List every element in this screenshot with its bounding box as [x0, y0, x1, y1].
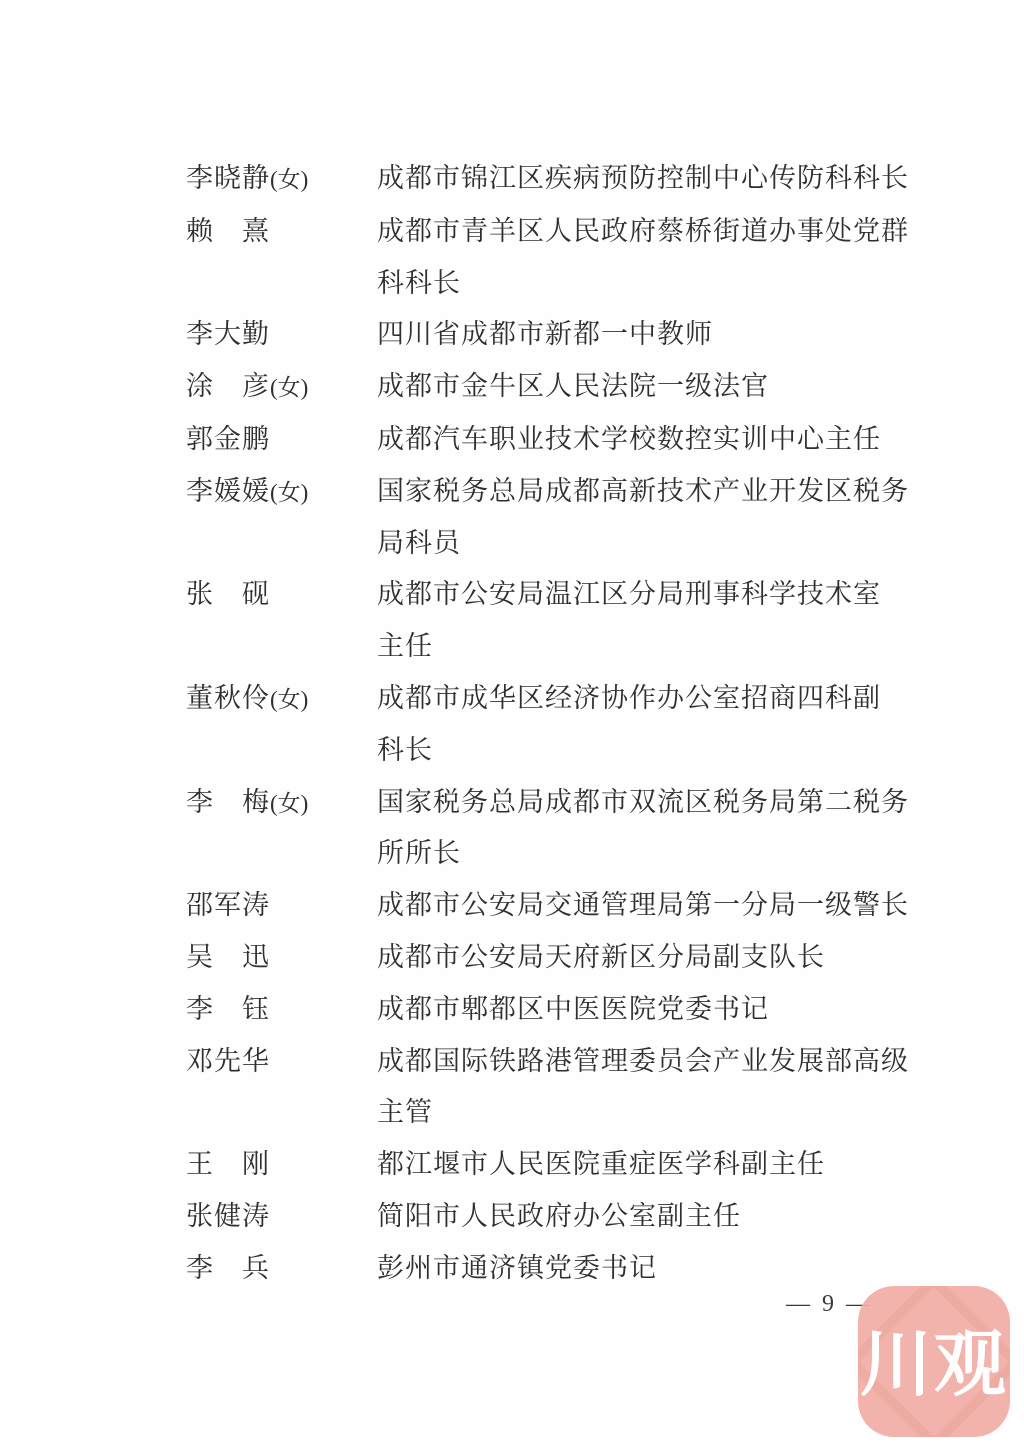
gender-note: (女) — [270, 375, 308, 400]
chuanguan-watermark-logo: 川观 — [858, 1286, 1010, 1437]
roster: 李晓静(女)成都市锦江区疾病预防控制中心传防科科长赖 熹成都市青羊区人民政府蔡桥… — [186, 153, 909, 1295]
person-name: 董秋伶(女) — [186, 673, 377, 726]
person-title: 彭州市通济镇党委书记 — [377, 1243, 657, 1295]
person-title: 国家税务总局成都市双流区税务局第二税务 所所长 — [377, 777, 909, 881]
gender-note: (女) — [270, 167, 308, 192]
roster-row: 董秋伶(女)成都市成华区经济协作办公室招商四科副 科长 — [186, 673, 909, 777]
person-title: 成都市金牛区人民法院一级法官 — [377, 361, 769, 413]
watermark-text: 川观 — [858, 1328, 1010, 1400]
roster-row: 张 砚成都市公安局温江区分局刑事科学技术室 主任 — [186, 569, 909, 673]
person-title: 成都市公安局天府新区分局副支队长 — [377, 932, 825, 984]
person-name: 李媛媛(女) — [186, 466, 377, 519]
person-title: 成都市公安局温江区分局刑事科学技术室 主任 — [377, 569, 881, 673]
person-title: 成都市锦江区疾病预防控制中心传防科科长 — [377, 153, 909, 205]
person-name: 涂 彦(女) — [186, 361, 377, 414]
person-title: 成都市青羊区人民政府蔡桥街道办事处党群 科科长 — [377, 206, 909, 310]
person-name: 郭金鹏 — [186, 414, 377, 466]
person-name: 邓先华 — [186, 1036, 377, 1088]
person-title: 成都市郫都区中医医院党委书记 — [377, 984, 769, 1036]
person-name: 张 砚 — [186, 569, 377, 621]
roster-row: 李 梅(女)国家税务总局成都市双流区税务局第二税务 所所长 — [186, 777, 909, 881]
roster-row: 李媛媛(女)国家税务总局成都高新技术产业开发区税务 局科员 — [186, 466, 909, 570]
person-name: 邵军涛 — [186, 880, 377, 932]
person-title: 成都汽车职业技术学校数控实训中心主任 — [377, 414, 881, 466]
person-name: 赖 熹 — [186, 206, 377, 258]
gender-note: (女) — [270, 791, 308, 816]
roster-row: 赖 熹成都市青羊区人民政府蔡桥街道办事处党群 科科长 — [186, 206, 909, 310]
person-title: 成都国际铁路港管理委员会产业发展部高级 主管 — [377, 1036, 909, 1140]
person-title: 都江堰市人民医院重症医学科副主任 — [377, 1139, 825, 1191]
roster-row: 李 钰成都市郫都区中医医院党委书记 — [186, 984, 909, 1036]
person-title: 简阳市人民政府办公室副主任 — [377, 1191, 741, 1243]
roster-row: 李大勤四川省成都市新都一中教师 — [186, 309, 909, 361]
document-page: 李晓静(女)成都市锦江区疾病预防控制中心传防科科长赖 熹成都市青羊区人民政府蔡桥… — [0, 0, 1024, 1449]
person-name: 李大勤 — [186, 309, 377, 361]
person-name: 李 梅(女) — [186, 777, 377, 830]
person-title: 国家税务总局成都高新技术产业开发区税务 局科员 — [377, 466, 909, 570]
person-name: 李 钰 — [186, 984, 377, 1036]
person-name: 王 刚 — [186, 1139, 377, 1191]
gender-note: (女) — [270, 480, 308, 505]
roster-row: 李 兵彭州市通济镇党委书记 — [186, 1243, 909, 1295]
roster-row: 李晓静(女)成都市锦江区疾病预防控制中心传防科科长 — [186, 153, 909, 206]
roster-row: 王 刚都江堰市人民医院重症医学科副主任 — [186, 1139, 909, 1191]
roster-row: 邓先华成都国际铁路港管理委员会产业发展部高级 主管 — [186, 1036, 909, 1140]
roster-row: 郭金鹏成都汽车职业技术学校数控实训中心主任 — [186, 414, 909, 466]
person-title: 四川省成都市新都一中教师 — [377, 309, 713, 361]
person-name: 李晓静(女) — [186, 153, 377, 206]
person-title: 成都市成华区经济协作办公室招商四科副 科长 — [377, 673, 881, 777]
roster-row: 涂 彦(女)成都市金牛区人民法院一级法官 — [186, 361, 909, 414]
person-name: 李 兵 — [186, 1243, 377, 1295]
roster-row: 张健涛简阳市人民政府办公室副主任 — [186, 1191, 909, 1243]
roster-row: 邵军涛成都市公安局交通管理局第一分局一级警长 — [186, 880, 909, 932]
gender-note: (女) — [270, 687, 308, 712]
person-name: 张健涛 — [186, 1191, 377, 1243]
person-name: 吴 迅 — [186, 932, 377, 984]
person-title: 成都市公安局交通管理局第一分局一级警长 — [377, 880, 909, 932]
roster-row: 吴 迅成都市公安局天府新区分局副支队长 — [186, 932, 909, 984]
